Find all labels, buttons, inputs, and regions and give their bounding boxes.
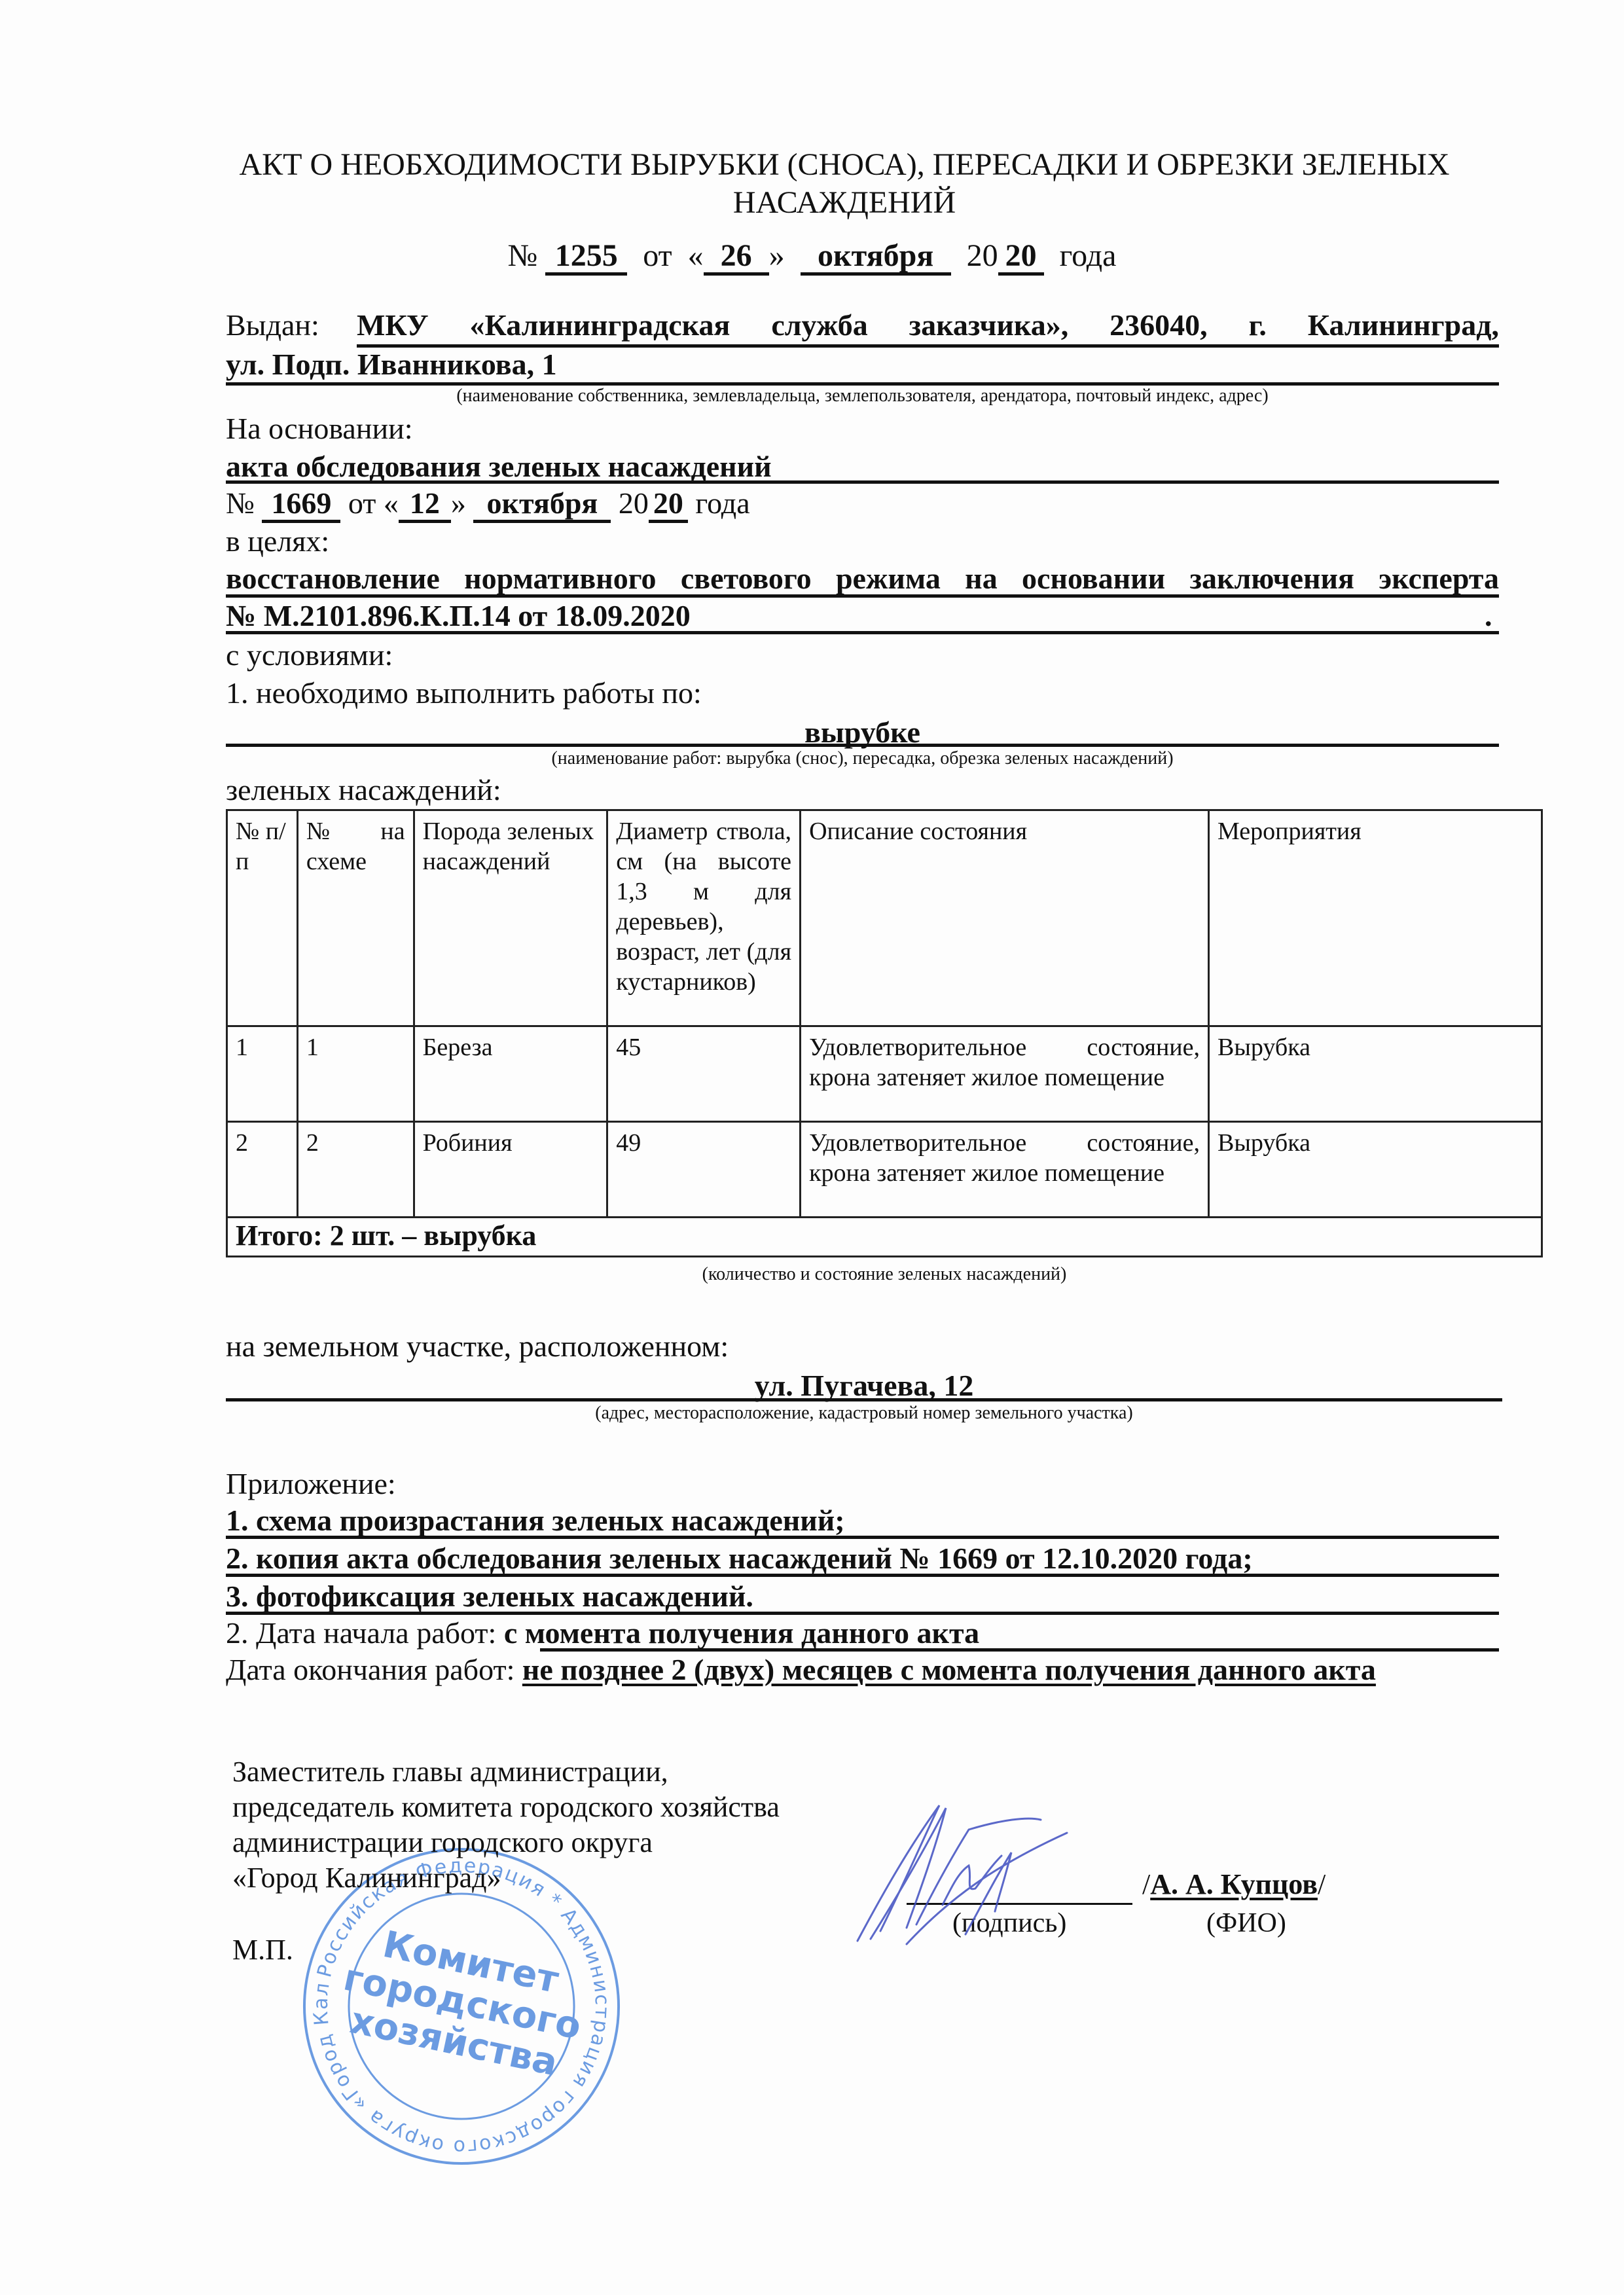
cell-action: Вырубка (1209, 1122, 1542, 1218)
cell-scheme-number: 1 (297, 1026, 414, 1122)
header-cell: № п/п (227, 810, 298, 1026)
work-type-underline (226, 744, 1499, 747)
header-cell: № на схеме (297, 810, 414, 1026)
conditions-item-1: 1. необходимо выполнить работы по: (226, 674, 702, 712)
purpose-line-1: восстановление нормативного светового ре… (226, 560, 1499, 598)
issued-line-1: МКУ «Калининградская служба заказчика», … (357, 306, 1499, 344)
cell-diameter: 45 (607, 1026, 801, 1122)
act-number: 1255 (545, 240, 627, 276)
basis-year-prefix: 20 (619, 486, 649, 520)
cell-diameter: 49 (607, 1122, 801, 1218)
act-month: октября (801, 240, 951, 276)
cell-index: 1 (227, 1026, 298, 1122)
purpose-label: в целях: (226, 522, 329, 560)
header-cell: Описание состояния (801, 810, 1209, 1026)
basis-number-line: № 1669 от «12» октября 2020 года (226, 484, 750, 523)
act-day: 26 (704, 240, 769, 276)
basis-from-label: от « (348, 486, 399, 520)
document-title-line-1: АКТ О НЕОБХОДИМОСТИ ВЫРУБКИ (СНОСА), ПЕР… (196, 145, 1492, 185)
basis-month: октября (473, 487, 611, 523)
purpose-underline-2 (226, 631, 1499, 634)
cell-action: Вырубка (1209, 1026, 1542, 1122)
appendix-underline-1 (226, 1536, 1499, 1539)
issued-label: Выдан: (226, 306, 319, 344)
table-total: Итого: 2 шт. – вырубка (227, 1218, 1542, 1257)
header-cell: Диаметр ствола, см (на высоте 1,3 м для … (607, 810, 801, 1026)
table-total-row: Итого: 2 шт. – вырубка (227, 1218, 1542, 1257)
basis-label: На основании: (226, 410, 412, 448)
appendix-item-3: 3. фотофиксация зеленых насаждений. (226, 1578, 753, 1616)
start-date-label: 2. Дата начала работ: (226, 1616, 496, 1650)
conditions-label: с условиями: (226, 636, 393, 674)
table-header-row: № п/п № на схеме Порода зеленых насажден… (227, 810, 1542, 1026)
purpose-line-2: № М.2101.896.К.П.14 от 18.09.2020 (226, 597, 691, 635)
issued-hint: (наименование собственника, землевладель… (226, 385, 1499, 407)
appendix-underline-2 (226, 1574, 1499, 1577)
start-date-line: 2. Дата начала работ: с момента получени… (226, 1614, 979, 1652)
signatory-line-2: председатель комитета городского хозяйст… (232, 1790, 780, 1825)
cell-index: 2 (227, 1122, 298, 1218)
basis-day: 12 (399, 487, 451, 523)
location-underline (226, 1398, 1502, 1401)
work-type-hint: (наименование работ: вырубка (снос), пер… (226, 748, 1499, 770)
signatory-name-line: /А. А. Купцов/ (1142, 1867, 1326, 1902)
end-date-label: Дата окончания работ: (226, 1653, 514, 1686)
basis-close-quote: » (451, 486, 466, 520)
signatory-block: Заместитель главы администрации, председ… (232, 1754, 780, 1896)
document-title-line-2: НАСАЖДЕНИЙ (196, 183, 1492, 223)
signatory-line-3: администрации городского округа (232, 1825, 780, 1860)
plants-label: зеленых насаждений: (226, 771, 501, 809)
basis-year-suffix: 20 (649, 487, 688, 523)
location-hint: (адрес, месторасположение, кадастровый н… (226, 1402, 1502, 1424)
appendix-label: Приложение: (226, 1465, 396, 1503)
end-date-value: не позднее 2 (двух) месяцев с момента по… (522, 1653, 1376, 1686)
cell-species: Береза (414, 1026, 607, 1122)
appendix-item-1: 1. схема произрастания зеленых насаждени… (226, 1502, 845, 1540)
purpose-end-mark: . (1485, 597, 1492, 635)
signatory-line-4: «Город Калининград» (232, 1860, 780, 1896)
basis-number-label: № (226, 486, 255, 520)
issued-line-2: ул. Подп. Иванникова, 1 (226, 346, 557, 384)
cell-scheme-number: 2 (297, 1122, 414, 1218)
start-date-value: с момента получения данного акта (504, 1616, 979, 1650)
cell-condition: Удовлетворительное состояние, крона зате… (801, 1026, 1209, 1122)
table-row: 1 1 Береза 45 Удовлетворительное состоян… (227, 1026, 1542, 1122)
cell-condition: Удовлетворительное состояние, крона зате… (801, 1122, 1209, 1218)
table-hint: (количество и состояние зеленых насажден… (226, 1263, 1543, 1286)
act-from-label: от (643, 238, 672, 273)
end-date-line: Дата окончания работ: не позднее 2 (двух… (226, 1651, 1376, 1689)
signatory-name: А. А. Купцов (1150, 1868, 1318, 1900)
plants-table: № п/п № на схеме Порода зеленых насажден… (226, 809, 1543, 1257)
cell-species: Робиния (414, 1122, 607, 1218)
location-label: на земельном участке, расположенном: (226, 1328, 729, 1365)
act-year-suffix: 20 (998, 240, 1044, 276)
act-year-prefix: 20 (967, 238, 998, 273)
name-hint: (ФИО) (1206, 1906, 1286, 1940)
header-cell: Мероприятия (1209, 810, 1542, 1026)
document-page: АКТ О НЕОБХОДИМОСТИ ВЫРУБКИ (СНОСА), ПЕР… (0, 0, 1624, 2295)
basis-year-word: года (695, 486, 749, 520)
handwritten-signature (844, 1794, 1119, 1951)
header-cell: Порода зеленых насаждений (414, 810, 607, 1026)
basis-underline (226, 480, 1499, 484)
appendix-item-2: 2. копия акта обследования зеленых насаж… (226, 1540, 1253, 1578)
seal-label: М.П. (232, 1932, 293, 1968)
act-number-line: № 1255 от «26» октября 2020 года (0, 237, 1624, 276)
table-row: 2 2 Робиния 49 Удовлетворительное состоя… (227, 1122, 1542, 1218)
signatory-line-1: Заместитель главы администрации, (232, 1754, 780, 1790)
basis-number: 1669 (262, 487, 340, 523)
act-number-label: № (508, 238, 538, 273)
act-year-word: года (1060, 238, 1117, 273)
